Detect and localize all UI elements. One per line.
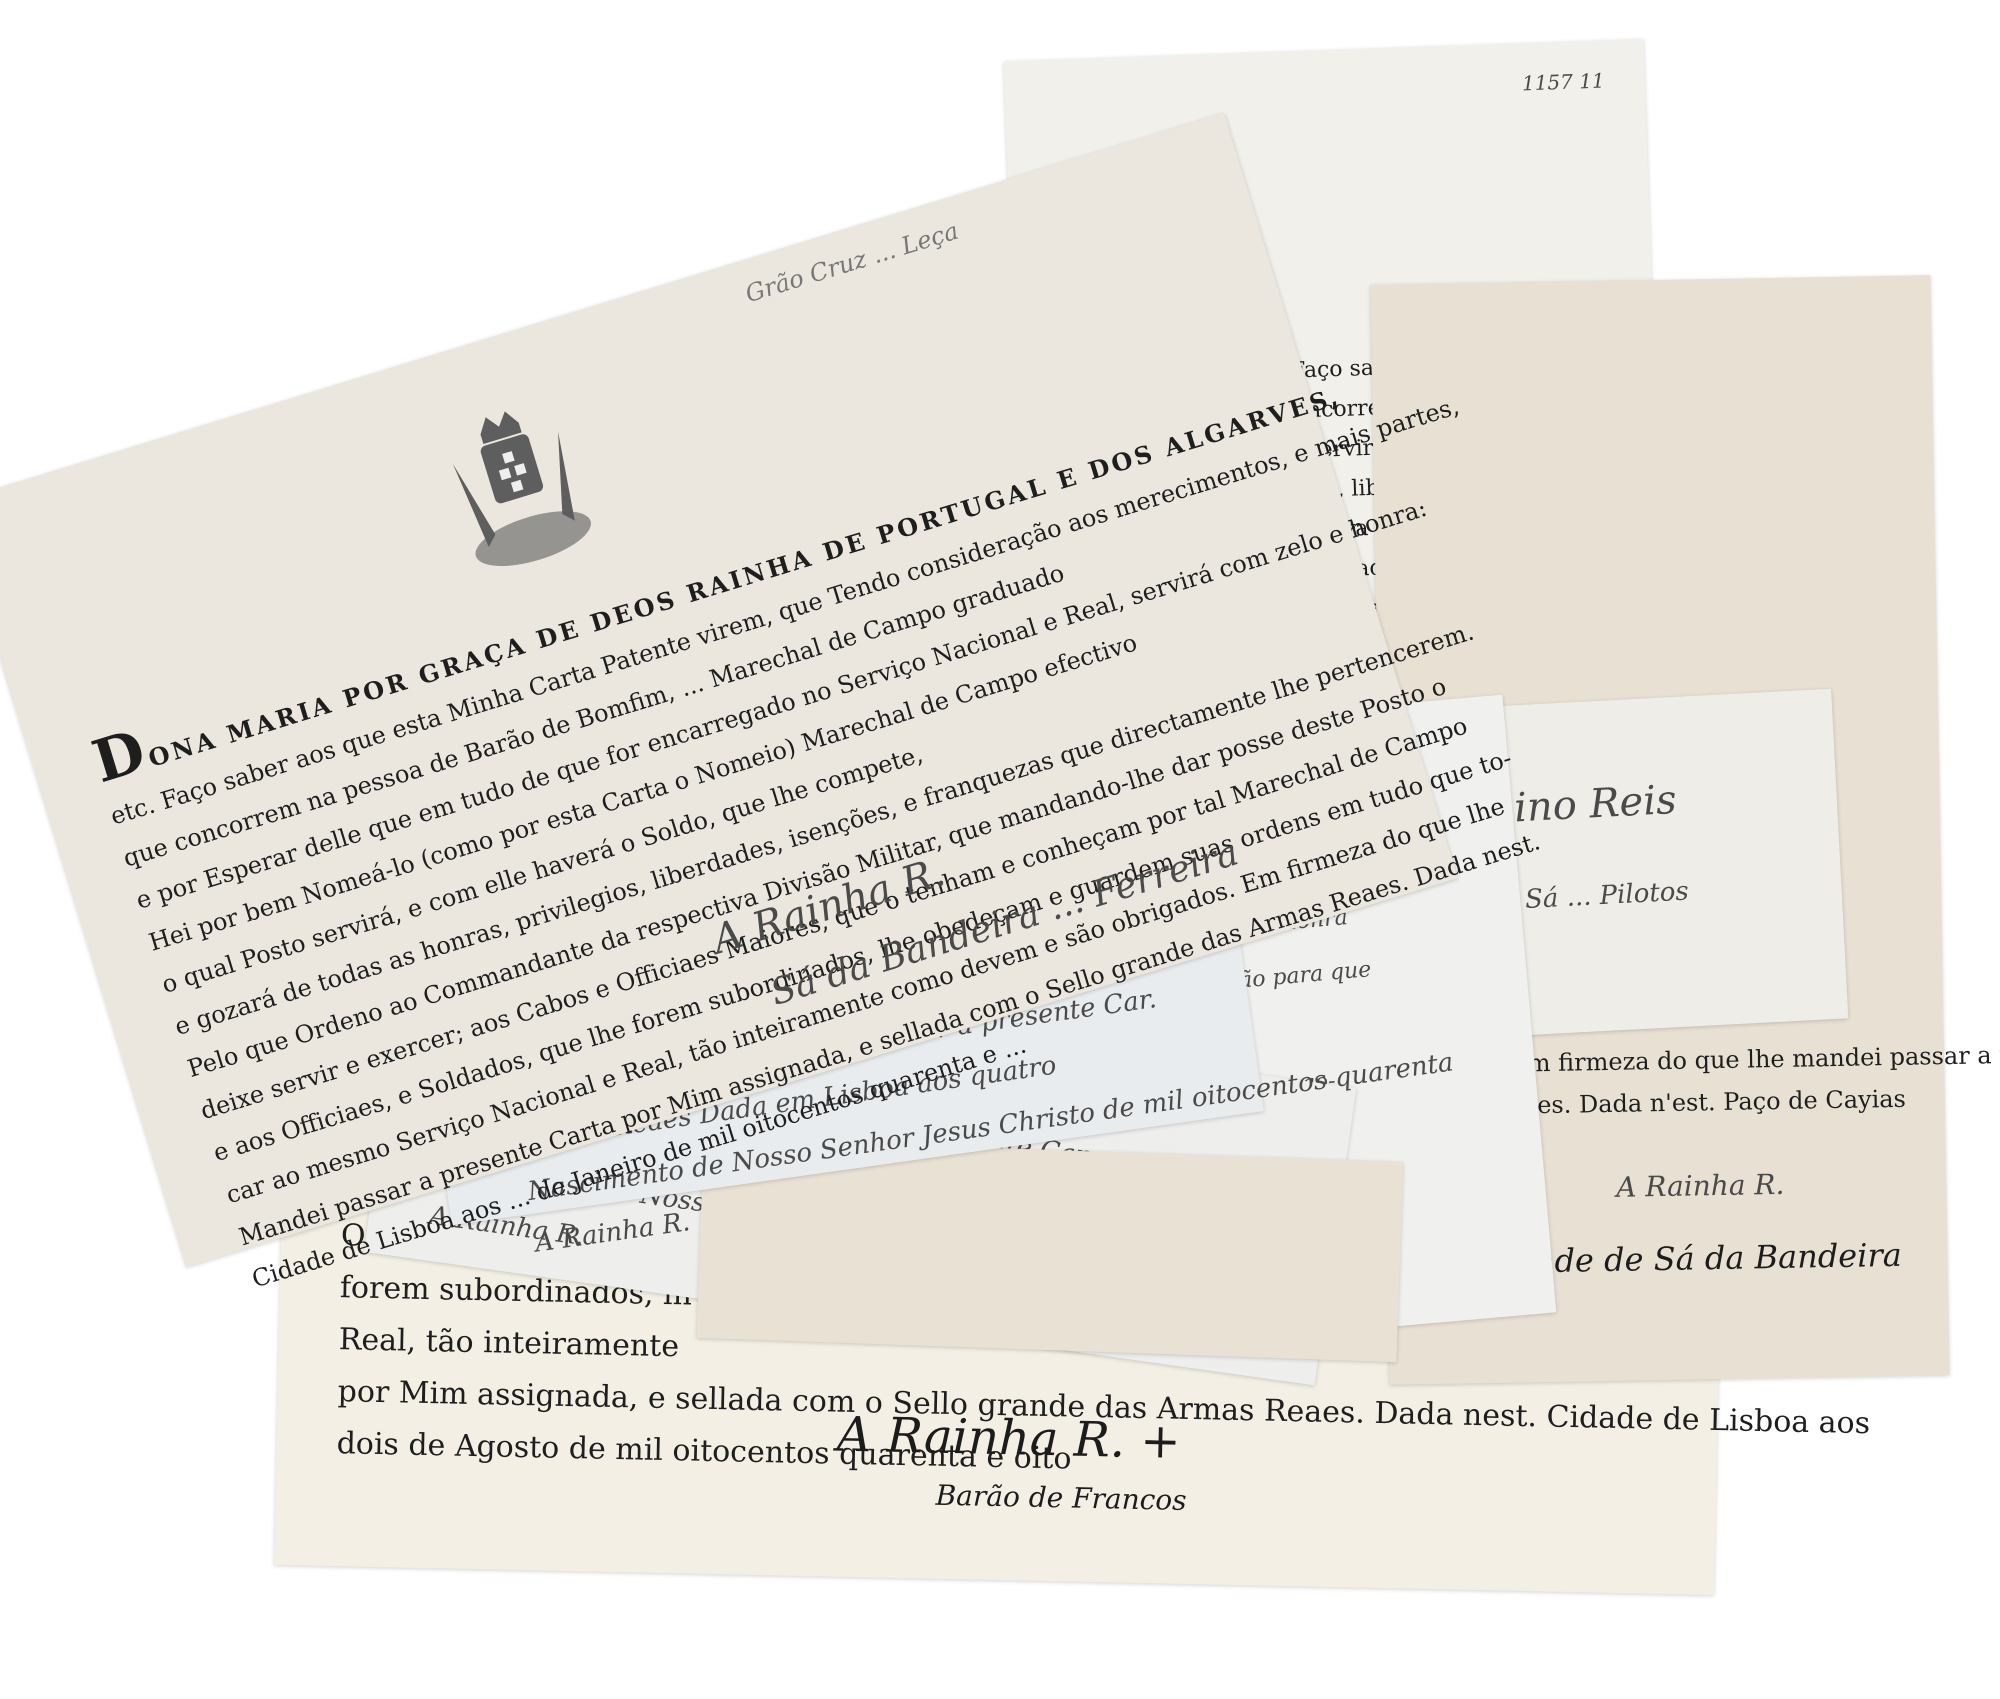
- signature-queen: A Rainha R.: [1616, 1168, 1785, 1204]
- signature-queen: A Rainha R. +: [836, 1407, 1181, 1470]
- signature-minister: Barão de Francos: [935, 1479, 1187, 1517]
- reference-number: 1157 11: [1522, 69, 1606, 96]
- royal-crest-icon: [422, 388, 615, 594]
- handwritten-annotation: Grão Cruz ... Leça: [742, 217, 962, 308]
